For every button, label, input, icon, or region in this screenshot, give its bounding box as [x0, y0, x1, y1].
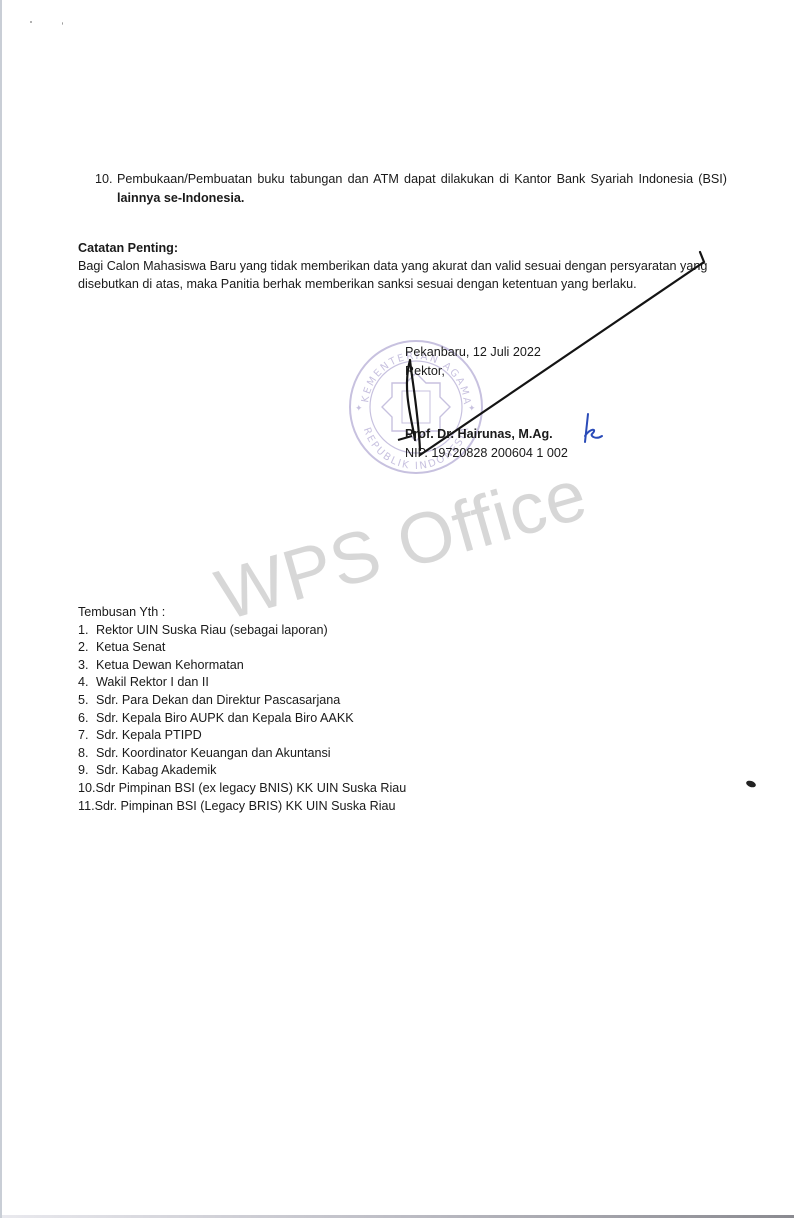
- initial-paraf-icon: [580, 412, 604, 446]
- signature-block: Pekanbaru, 12 Juli 2022 Rektor, Prof. Dr…: [405, 343, 568, 463]
- item-text: Pembukaan/Pembuatan buku tabungan dan AT…: [117, 170, 727, 208]
- cc-item-number: 10.: [78, 780, 96, 798]
- signer-position: Rektor,: [405, 362, 568, 381]
- cc-item-text: Sdr. Kepala PTIPD: [96, 728, 202, 742]
- cc-item-text: Sdr. Pimpinan BSI (Legacy BRIS) KK UIN S…: [95, 799, 396, 813]
- svg-text:✦: ✦: [355, 403, 363, 413]
- item-text-regular: Pembukaan/Pembuatan buku tabungan dan AT…: [117, 172, 727, 186]
- cc-list-item: 9.Sdr. Kabag Akademik: [78, 762, 406, 780]
- cc-item-number: 4.: [78, 674, 96, 692]
- cc-item-text: Wakil Rektor I dan II: [96, 675, 209, 689]
- cc-list-item: 6.Sdr. Kepala Biro AUPK dan Kepala Biro …: [78, 710, 406, 728]
- cc-item-number: 8.: [78, 745, 96, 763]
- cc-item-text: Rektor UIN Suska Riau (sebagai laporan): [96, 623, 328, 637]
- cc-list-item: 5.Sdr. Para Dekan dan Direktur Pascasarj…: [78, 692, 406, 710]
- cc-item-number: 5.: [78, 692, 96, 710]
- cc-list-item: 1.Rektor UIN Suska Riau (sebagai laporan…: [78, 622, 406, 640]
- cc-item-number: 11.: [78, 798, 95, 816]
- scan-mark-icon: [745, 778, 757, 788]
- cc-item-text: Sdr. Para Dekan dan Direktur Pascasarjan…: [96, 693, 340, 707]
- important-note: Catatan Penting: Bagi Calon Mahasiswa Ba…: [78, 239, 738, 293]
- cc-list-item: 11.Sdr. Pimpinan BSI (Legacy BRIS) KK UI…: [78, 798, 406, 816]
- note-heading: Catatan Penting:: [78, 239, 738, 257]
- cc-title: Tembusan Yth :: [78, 604, 406, 622]
- cc-item-text: Sdr. Kepala Biro AUPK dan Kepala Biro AA…: [96, 711, 354, 725]
- cc-item-number: 1.: [78, 622, 96, 640]
- signer-name: Prof. Dr. Hairunas, M.Ag.: [405, 425, 568, 444]
- cc-item-number: 2.: [78, 639, 96, 657]
- cc-list-item: 7.Sdr. Kepala PTIPD: [78, 727, 406, 745]
- carbon-copy-list: Tembusan Yth : 1.Rektor UIN Suska Riau (…: [78, 604, 406, 815]
- cc-item-number: 9.: [78, 762, 96, 780]
- signer-nip: NIP. 19720828 200604 1 002: [405, 444, 568, 463]
- cc-items: 1.Rektor UIN Suska Riau (sebagai laporan…: [78, 622, 406, 816]
- item-number: 10.: [95, 170, 113, 189]
- list-item-10: 10. Pembukaan/Pembuatan buku tabungan da…: [95, 170, 727, 208]
- cc-item-text: Sdr. Kabag Akademik: [96, 763, 216, 777]
- cc-item-text: Sdr Pimpinan BSI (ex legacy BNIS) KK UIN…: [96, 781, 407, 795]
- place-date: Pekanbaru, 12 Juli 2022: [405, 343, 568, 362]
- cc-list-item: 10.Sdr Pimpinan BSI (ex legacy BNIS) KK …: [78, 780, 406, 798]
- cc-item-number: 3.: [78, 657, 96, 675]
- cc-list-item: 8.Sdr. Koordinator Keuangan dan Akuntans…: [78, 745, 406, 763]
- item-text-bold: lainnya se-Indonesia.: [117, 191, 244, 205]
- document-page: 10. Pembukaan/Pembuatan buku tabungan da…: [0, 0, 794, 1218]
- cc-item-text: Ketua Senat: [96, 640, 165, 654]
- cc-list-item: 2.Ketua Senat: [78, 639, 406, 657]
- cc-list-item: 4.Wakil Rektor I dan II: [78, 674, 406, 692]
- cc-item-number: 6.: [78, 710, 96, 728]
- cc-list-item: 3.Ketua Dewan Kehormatan: [78, 657, 406, 675]
- scan-speck: [62, 22, 63, 25]
- cc-item-number: 7.: [78, 727, 96, 745]
- note-text: Bagi Calon Mahasiswa Baru yang tidak mem…: [78, 257, 738, 293]
- scan-speck: [30, 21, 32, 23]
- cc-item-text: Sdr. Koordinator Keuangan dan Akuntansi: [96, 746, 331, 760]
- cc-item-text: Ketua Dewan Kehormatan: [96, 658, 244, 672]
